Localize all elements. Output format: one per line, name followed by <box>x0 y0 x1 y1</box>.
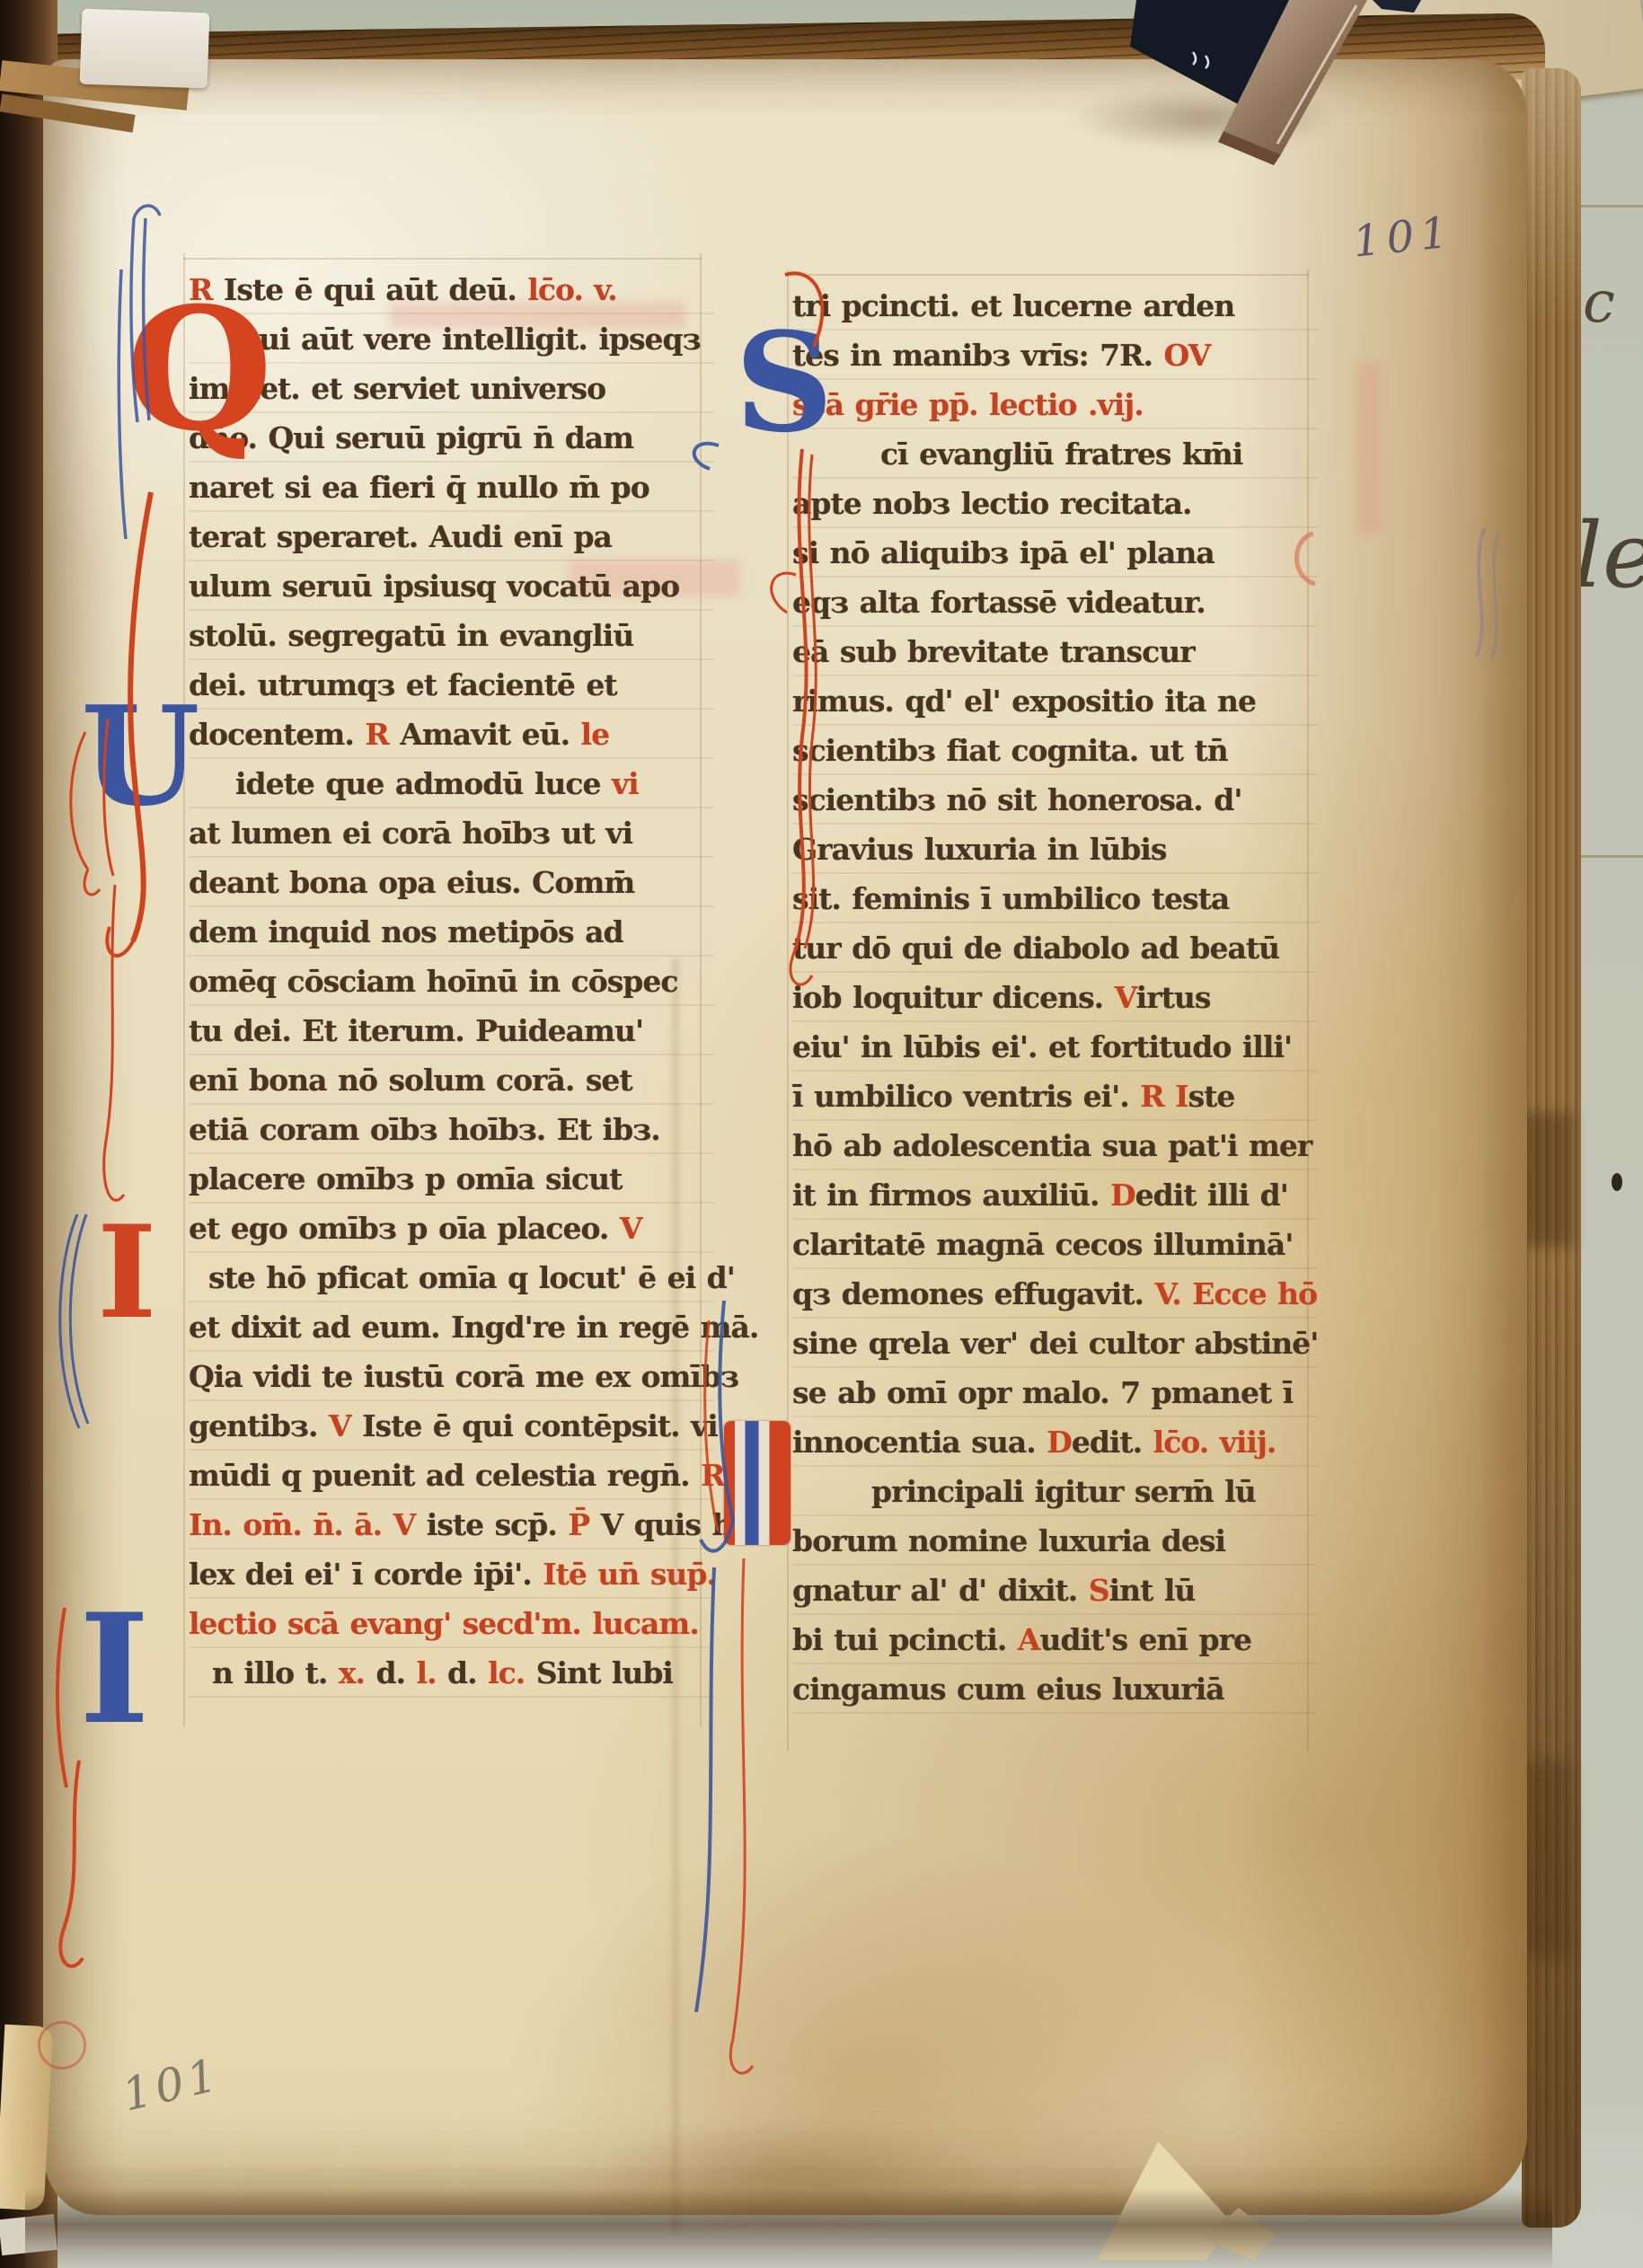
manuscript-line: idete que admodū luce vi <box>189 759 714 808</box>
manuscript-line: Qia vidi te iustū corā me ex omībз <box>189 1352 714 1401</box>
manuscript-text-segment: edit. <box>1072 1425 1153 1460</box>
manuscript-line: principali igitur serm̄ lū <box>792 1467 1318 1516</box>
manuscript-line: ulum seruū ipsiusq vocatū apo <box>189 561 714 611</box>
manuscript-line: etiā coram oībз hoībз. Et ibз. <box>189 1105 714 1154</box>
illuminated-initial-Q: Q <box>126 286 273 454</box>
manuscript-text-segment: Itē un̄ sup̄. <box>543 1557 716 1592</box>
manuscript-text-segment: lc̄o. v. <box>527 272 616 307</box>
manuscript-text-segment: d. <box>365 1655 417 1690</box>
manuscript-text-segment: et dixit ad eum. Ingd're in regē mā. <box>189 1310 758 1345</box>
parchment-page: R Iste ē qui aūt deū. lc̄o. v.ui aūt ver… <box>43 59 1527 2215</box>
manuscript-text-segment: etiā coram oībз hoībз. Et ibз. <box>189 1112 660 1147</box>
ruling-line <box>183 258 702 260</box>
manuscript-text-segment: tu dei. Et iterum. Puideamu' <box>189 1013 643 1048</box>
manuscript-text-segment: x. <box>339 1655 365 1690</box>
manuscript-line: hō ab adolescentia sua pat'i mer <box>792 1121 1318 1170</box>
text-column-right: tri pcincti. et lucerne ardentes in mani… <box>792 281 1318 1714</box>
rubric-bleedthrough <box>1356 363 1380 534</box>
manuscript-text-segment: Amavit eū. <box>400 717 580 752</box>
manuscript-line: qз demones effugavit. V. Ecce hō <box>792 1269 1318 1319</box>
manuscript-text-segment: et ego omībз p oīa placeo. <box>189 1211 620 1246</box>
manuscript-line: bi tui pcincti. Audit's enī pre <box>792 1615 1318 1664</box>
manuscript-line: tu dei. Et iterum. Puideamu' <box>189 1006 714 1055</box>
manuscript-text-segment: dei. utrumqз et facientē et <box>189 667 617 702</box>
manuscript-line: tri pcincti. et lucerne arden <box>792 281 1318 331</box>
manuscript-line: deant bona opa eius. Comm̄ <box>189 858 714 907</box>
manuscript-line: eqз alta fortassē videatur. <box>792 578 1318 627</box>
manuscript-text-segment: eqз alta fortassē videatur. <box>792 585 1206 620</box>
manuscript-line: dei. utrumqз et facientē et <box>189 660 714 710</box>
manuscript-text-segment: udit's enī pre <box>1040 1622 1252 1657</box>
manuscript-line: placere omībз p omīa sicut <box>189 1154 714 1204</box>
manuscript-text-segment: Gravius luxuria in lūbis <box>792 832 1166 867</box>
ruling-line <box>183 253 185 1726</box>
manuscript-text-segment: irtus <box>1136 980 1211 1015</box>
manuscript-text-segment: V <box>1115 980 1136 1015</box>
manuscript-line: tur dō qui de diabolo ad beatū <box>792 923 1318 973</box>
manuscript-text-segment: In. om̄. n̄. ā. V <box>189 1507 427 1542</box>
white-tape-bookmark <box>80 9 210 89</box>
manuscript-text-segment: rimus. qd' el' expositio ita ne <box>792 684 1256 719</box>
manuscript-text-segment: at lumen ei corā hoībз ut vi <box>189 816 632 851</box>
manuscript-text-segment: R <box>365 717 400 752</box>
manuscript-text-segment: eiu' in lūbis ei'. et fortitudo illi' <box>792 1029 1292 1064</box>
manuscript-text-segment: ste <box>1188 1079 1235 1114</box>
manuscript-line: stolū. segregatū in evangliū <box>189 611 714 660</box>
manuscript-line: innocentia sua. Dedit. lc̄o. viij. <box>792 1417 1318 1467</box>
manuscript-line: sit. feminis ī umbilico testa <box>792 874 1318 923</box>
manuscript-text-segment: cī evangliū fratres km̄i <box>880 437 1242 472</box>
manuscript-text-segment: dem inquid nos metipōs ad <box>189 914 623 949</box>
manuscript-line: n illo t. x. d. l. d. lc. Sint lubi <box>189 1648 714 1698</box>
manuscript-text-segment: scientibз nō sit honerosa. d' <box>792 782 1241 817</box>
manuscript-line: mūdi q puenit ad celestia regn̄. Ra <box>189 1451 714 1500</box>
manuscript-text-segment: scā gr̄ie pp̄. lectio .vij. <box>792 387 1144 422</box>
manuscript-text-segment: ulum seruū ipsiusq vocatū apo <box>189 569 679 604</box>
manuscript-text-segment: Iste ē qui contēpsit. vi <box>362 1408 718 1443</box>
manuscript-text-segment: claritatē magnā cecos illuminā' <box>792 1227 1293 1262</box>
manuscript-text-segment: n illo t. <box>212 1655 339 1690</box>
manuscript-text-segment: V <box>620 1211 642 1246</box>
illuminated-initial-I: I <box>79 1593 150 1744</box>
manuscript-line: et ego omībз p oīa placeo. V <box>189 1204 714 1253</box>
folio-number-ink: 101 <box>1350 207 1456 267</box>
manuscript-text-segment: apte nobз lectio recitata. <box>792 486 1191 521</box>
manuscript-text-segment: placere omībз p omīa sicut <box>189 1161 622 1196</box>
manuscript-text-segment: innocentia sua. <box>792 1425 1047 1460</box>
manuscript-text-segment: bi tui pcincti. <box>792 1622 1018 1657</box>
manuscript-text-segment: borum nomine luxuria desi <box>792 1523 1225 1558</box>
manuscript-text-segment: ui aūt vere intelligit. ipseqз <box>259 322 701 357</box>
manuscript-line: In. om̄. n̄. ā. V iste scp̄. P̄ V quis h… <box>189 1500 714 1549</box>
manuscript-text-segment: D <box>1047 1425 1072 1460</box>
manuscript-line: gentibз. V Iste ē qui contēpsit. vi <box>189 1401 714 1451</box>
ruling-line <box>787 274 1309 276</box>
manuscript-text-segment: eā sub brevitate transcur <box>792 634 1195 669</box>
manuscript-line: docentem. R Amavit eū. le <box>189 710 714 759</box>
clip-edge-sliver <box>1373 0 1421 13</box>
manuscript-line: cingamus cum eius luxuriā <box>792 1664 1318 1714</box>
manuscript-text-segment: stolū. segregatū in evangliū <box>189 618 633 653</box>
manuscript-text-segment: int lū <box>1109 1573 1196 1608</box>
manuscript-line: apte nobз lectio recitata. <box>792 479 1318 528</box>
manuscript-text-segment: tri pcincti. et lucerne arden <box>792 288 1234 323</box>
penwork-right-margin-marks <box>1297 528 1499 660</box>
manuscript-text-segment: lc̄o. viij. <box>1153 1425 1276 1460</box>
manuscript-text-segment: le <box>581 717 610 752</box>
illuminated-initial-V: U <box>81 688 200 825</box>
manuscript-text-segment: R I <box>1140 1079 1188 1114</box>
manuscript-text-segment: deant bona opa eius. Comm̄ <box>189 865 634 900</box>
manuscript-text-segment: Qia vidi te iustū corā me ex omībз <box>189 1359 738 1394</box>
manuscript-text-segment: omēq cōsciam hoīnū in cōspec <box>189 964 677 999</box>
side-cursive-fragment: le <box>1577 503 1643 608</box>
manuscript-text-segment: edit illi d' <box>1135 1178 1288 1213</box>
manuscript-line: terat speraret. Audi enī pa <box>189 512 714 561</box>
manuscript-text-segment: l. <box>417 1655 437 1690</box>
manuscript-text-segment: OV <box>1164 338 1211 373</box>
manuscript-text-segment: lex dei ei' ī corde ip̄i'. <box>189 1557 543 1592</box>
manuscript-text-segment: idete que admodū luce <box>235 766 612 801</box>
manuscript-text-segment: S <box>1089 1573 1109 1608</box>
manuscript-line: scientibз fiat cognita. ut tn̄ <box>792 726 1318 775</box>
manuscript-text-segment: ste hō pficat omīa q locut' ē ei d' <box>208 1260 735 1295</box>
red-stamp-trace <box>38 2021 86 2069</box>
manuscript-text-segment: vi <box>612 766 639 801</box>
manuscript-line: iob loquitur dicens. Virtus <box>792 973 1318 1022</box>
manuscript-text-segment: D <box>1110 1178 1135 1213</box>
manuscript-text-segment: terat speraret. Audi enī pa <box>189 519 612 554</box>
manuscript-text-segment: V. Ecce hō <box>1154 1276 1317 1311</box>
manuscript-line: eā sub brevitate transcur <box>792 627 1318 676</box>
manuscript-line: tes in manibз vrīs: 7R. OV <box>792 331 1318 380</box>
text-column-left: R Iste ē qui aūt deū. lc̄o. v.ui aūt ver… <box>189 265 714 1698</box>
manuscript-text-segment: d. <box>437 1655 489 1690</box>
manuscript-line: et dixit ad eum. Ingd're in regē mā. <box>189 1302 714 1352</box>
side-document-page: c le <box>1577 0 1643 2268</box>
side-document-crease <box>1577 855 1643 858</box>
manuscript-text-segment: naret si ea fieri q̄ nullo m̄ po <box>189 470 649 505</box>
manuscript-line: lectio scā evang' secd'm. lucam. <box>189 1599 714 1648</box>
manuscript-line: lex dei ei' ī corde ip̄i'. Itē un̄ sup̄. <box>189 1549 714 1599</box>
manuscript-text-segment: ī umbilico ventris ei'. <box>792 1079 1140 1114</box>
manuscript-text-segment: si nō aliquibз ipā el' plana <box>792 535 1215 570</box>
manuscript-text-segment: sine qrela ver' dei cultor abstinē' <box>792 1326 1318 1361</box>
manuscript-line: borum nomine luxuria desi <box>792 1516 1318 1566</box>
manuscript-text-segment: lc. <box>488 1655 525 1690</box>
manuscript-text-segment: iste scp̄. <box>427 1507 569 1542</box>
manuscript-line: cī evangliū fratres km̄i <box>792 429 1318 479</box>
manuscript-line: si nō aliquibз ipā el' plana <box>792 528 1318 578</box>
manuscript-text-segment: gentibз. <box>189 1408 329 1443</box>
manuscript-photo: c le R Iste ē qui aūt deū. lc̄o. v.ui aū… <box>0 0 1643 2268</box>
manuscript-text-segment: mūdi q puenit ad celestia regn̄. <box>189 1458 701 1493</box>
manuscript-text-segment: scientibз fiat cognita. ut tn̄ <box>792 733 1228 768</box>
manuscript-text-segment: lectio scā evang' secd'm. lucam. <box>189 1606 699 1641</box>
manuscript-text-segment: hō ab adolescentia sua pat'i mer <box>792 1128 1312 1163</box>
book-bottom-shadow <box>25 2188 1552 2268</box>
manuscript-text-segment: iob loquitur dicens. <box>792 980 1115 1015</box>
manuscript-line: eiu' in lūbis ei'. et fortitudo illi' <box>792 1022 1318 1072</box>
manuscript-text-segment: P̄ <box>568 1507 600 1542</box>
manuscript-line: ste hō pficat omīa q locut' ē ei d' <box>189 1253 714 1302</box>
manuscript-text-segment: cingamus cum eius luxuriā <box>792 1672 1224 1707</box>
manuscript-line: sine qrela ver' dei cultor abstinē' <box>792 1319 1318 1368</box>
manuscript-line: gnatur al' d' dixit. Sint lū <box>792 1566 1318 1615</box>
manuscript-line: omēq cōsciam hoīnū in cōspec <box>189 957 714 1006</box>
manuscript-line: naret si ea fieri q̄ nullo m̄ po <box>189 463 714 512</box>
manuscript-text-segment: se ab omī opr malo. 7 pmanet ī <box>792 1375 1293 1410</box>
illuminated-initial-S: S <box>735 314 834 451</box>
manuscript-text-segment: tur dō qui de diabolo ad beatū <box>792 931 1279 966</box>
manuscript-text-segment: it in firmos auxiliū. <box>792 1178 1110 1213</box>
manuscript-text-segment: enī bona nō solum corā. set <box>189 1063 632 1098</box>
manuscript-text-segment: V <box>329 1408 362 1443</box>
manuscript-text-segment: tes in manibз vrīs: 7R. <box>792 338 1164 373</box>
manuscript-line: enī bona nō solum corā. set <box>189 1055 714 1105</box>
manuscript-line: scientibз nō sit honerosa. d' <box>792 775 1318 825</box>
manuscript-line: rimus. qd' el' expositio ita ne <box>792 676 1318 726</box>
ink-spot <box>1612 1173 1622 1191</box>
side-document-crease <box>1577 205 1643 207</box>
manuscript-line: at lumen ei corā hoībз ut vi <box>189 808 714 858</box>
manuscript-line: Gravius luxuria in lūbis <box>792 825 1318 874</box>
manuscript-text-segment: principali igitur serm̄ lū <box>871 1474 1256 1509</box>
manuscript-text-segment: A <box>1018 1622 1040 1657</box>
illuminated-initial-A-block <box>724 1421 791 1545</box>
manuscript-text-segment: docentem. <box>189 717 365 752</box>
side-cursive-fragment: c <box>1583 269 1615 336</box>
manuscript-line: it in firmos auxiliū. Dedit illi d' <box>792 1170 1318 1220</box>
manuscript-line: scā gr̄ie pp̄. lectio .vij. <box>792 380 1318 429</box>
folio-number-pencil: 101 <box>118 2048 226 2121</box>
manuscript-text-segment: Sint lubi <box>525 1655 673 1690</box>
manuscript-text-segment: sit. feminis ī umbilico testa <box>792 881 1229 916</box>
manuscript-line: claritatē magnā cecos illuminā' <box>792 1220 1318 1269</box>
manuscript-line: se ab omī opr malo. 7 pmanet ī <box>792 1368 1318 1417</box>
metal-clip <box>1015 0 1437 216</box>
illuminated-initial-I: I <box>97 1209 156 1337</box>
manuscript-line: dem inquid nos metipōs ad <box>189 907 714 957</box>
manuscript-text-segment: gnatur al' d' dixit. <box>792 1573 1089 1608</box>
manuscript-line: ī umbilico ventris ei'. R Iste <box>792 1072 1318 1121</box>
penwork-blue-initial-i <box>60 1214 88 1428</box>
manuscript-text-segment: qз demones effugavit. <box>792 1276 1154 1311</box>
